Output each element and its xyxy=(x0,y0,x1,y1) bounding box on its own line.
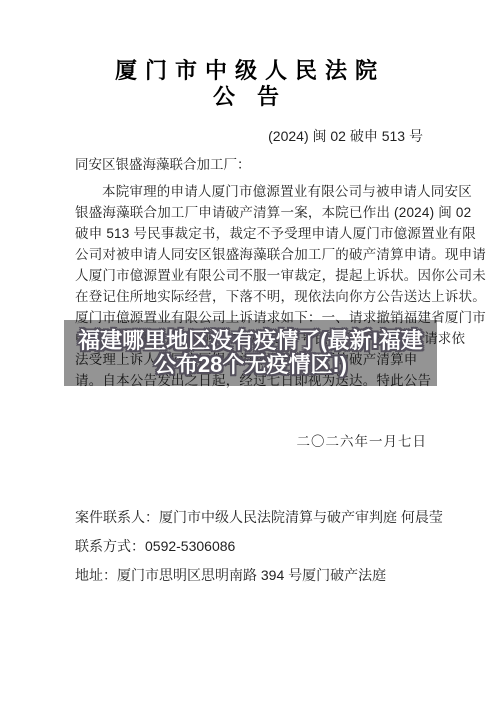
case-number: (2024) 闽 02 破申 513 号 xyxy=(268,126,423,146)
addressee-line: 同安区银盛海藻联合加工厂： xyxy=(75,153,251,173)
announcement-body-line: 人厦门市億源置业有限公司不服一审裁定，提起上诉状。因你公司未 xyxy=(75,265,435,286)
overlay-headline-line1: 福建哪里地区没有疫情了(最新!福建 xyxy=(78,329,423,353)
announcement-title: 公 告 xyxy=(0,80,500,111)
announcement-body-line: 银盛海藻联合加工厂申请破产清算一案，本院已作出 (2024) 闽 02 xyxy=(75,202,435,223)
overlay-headline-line2: 公布28个无疫情区!) xyxy=(154,353,347,377)
overlay-headline-banner: 福建哪里地区没有疫情了(最新!福建 公布28个无疫情区!) xyxy=(64,320,437,386)
contact-phone-line: 联系方式：0592-5306086 xyxy=(75,532,443,561)
announcement-date: 二〇二六年一月七日 xyxy=(297,430,428,450)
announcement-body-line: 破申 513 号民事裁定书，裁定不予受理申请人厦门市億源置业有限 xyxy=(75,223,435,244)
court-announcement-page: 厦门市中级人民法院 公 告 (2024) 闽 02 破申 513 号 同安区银盛… xyxy=(0,0,500,706)
announcement-body-line: 本院审理的申请人厦门市億源置业有限公司与被申请人同安区 xyxy=(75,181,435,202)
contact-block: 案件联系人：厦门市中级人民法院清算与破产审判庭 何晨莹 联系方式：0592-53… xyxy=(75,503,443,590)
announcement-body-line: 在登记住所地实际经营，下落不明，现依法向你方公告送达上诉状。 xyxy=(75,286,435,307)
contact-person-line: 案件联系人：厦门市中级人民法院清算与破产审判庭 何晨莹 xyxy=(75,503,443,532)
contact-address-line: 地址：厦门市思明区思明南路 394 号厦门破产法庭 xyxy=(75,561,443,590)
announcement-body-line: 公司对被申请人同安区银盛海藻联合加工厂的破产清算申请。现申请 xyxy=(75,244,435,265)
